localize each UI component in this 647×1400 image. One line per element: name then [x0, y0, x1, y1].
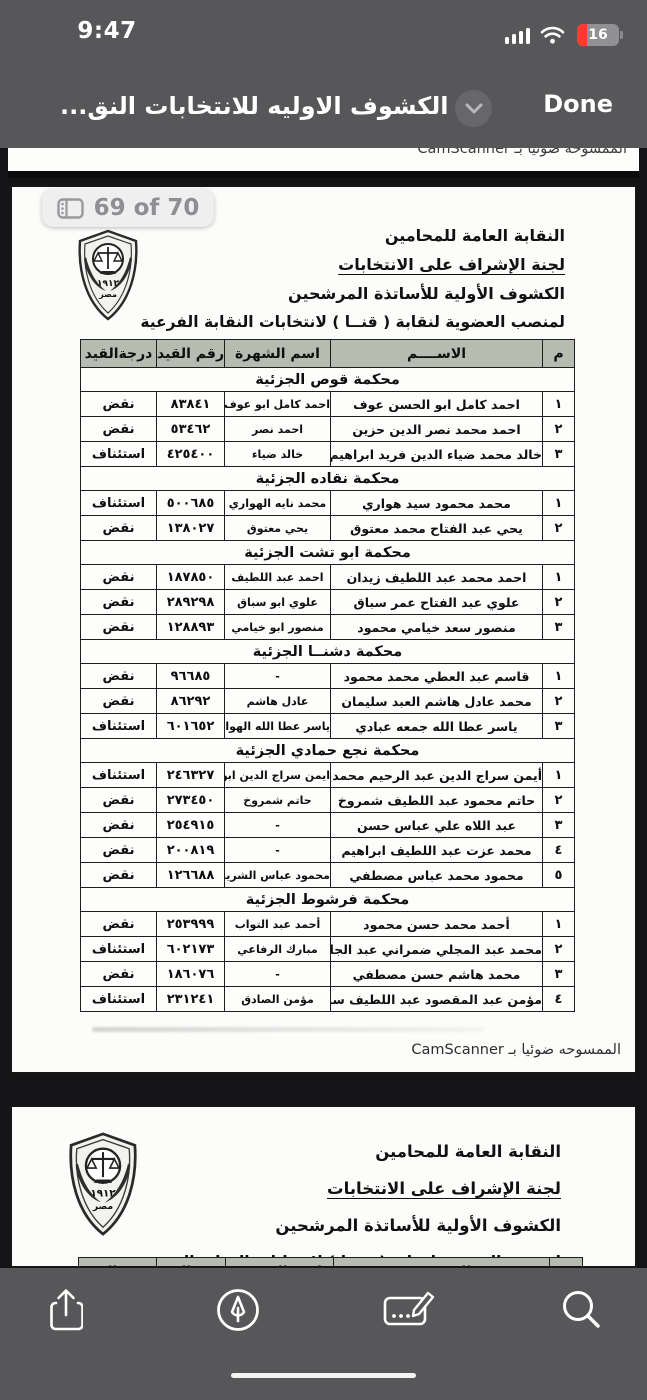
known-as: -: [225, 838, 331, 863]
registration-degree: استئناف: [81, 763, 157, 788]
registration-degree: نقض: [81, 590, 157, 615]
registration-degree: نقض: [81, 615, 157, 640]
registration-degree: نقض: [81, 788, 157, 813]
candidate-name: احمد محمد نصر الدين حزين: [331, 417, 543, 442]
cellular-signal-icon: [505, 27, 531, 44]
court-name: محكمة فرشوط الجزئية: [81, 888, 575, 912]
title-menu-button[interactable]: [455, 90, 492, 127]
registration-degree: نقض: [81, 516, 157, 541]
document-header: النقابة العامة للمحامين لجنة الإشراف على…: [140, 221, 565, 337]
known-as: -: [225, 813, 331, 838]
registration-number: ١٨٧٨٥٠: [157, 565, 225, 590]
logo-year: ١٩١٢: [90, 1188, 116, 1200]
court-name: محكمة ابو تشت الجزئية: [81, 541, 575, 565]
registration-degree: نقض: [81, 417, 157, 442]
court-name: محكمة نقاده الجزئية: [81, 467, 575, 491]
candidate-name: عبد اللاه علي عباس حسن: [331, 813, 543, 838]
committee-name: لجنة الإشراف على الانتخابات: [136, 1170, 561, 1207]
candidate-row: ١احمد محمد عبد اللطيف زيداناحمد عبد اللط…: [81, 565, 575, 590]
done-button[interactable]: Done: [543, 90, 613, 118]
candidate-name: أحمد محمد حسن محمود: [331, 912, 543, 937]
candidate-row: ٣منصور سعد خيامي محمودمنصور ابو خيامي١٢٨…: [81, 615, 575, 640]
row-number: ١: [543, 912, 575, 937]
known-as: ياسر عطا الله الهواري: [225, 714, 331, 739]
registration-number: ٨٣٨٤١: [157, 392, 225, 417]
known-as: احمد عبد اللطيف: [225, 565, 331, 590]
registration-degree: استئناف: [81, 937, 157, 962]
screen: 9:47 16 الكشوف الاوليه للانتخابات النق..…: [0, 0, 647, 1400]
candidate-row: ١احمد كامل ابو الحسن عوفاحمد كامل ابو عو…: [81, 392, 575, 417]
row-number: ٢: [543, 788, 575, 813]
search-button[interactable]: [551, 1284, 611, 1336]
candidate-name: خالد محمد ضياء الدين فريد ابراهيم: [331, 442, 543, 467]
known-as: حاتم شمروخ: [225, 788, 331, 813]
registration-number: ١٣٨٠٢٧: [157, 516, 225, 541]
known-as: مبارك الرفاعي: [225, 937, 331, 962]
candidate-row: ١محمد محمود سيد هواريمحمد نايه الهواري٥٠…: [81, 491, 575, 516]
registration-degree: نقض: [81, 392, 157, 417]
row-number: ١: [543, 565, 575, 590]
row-number: ٢: [543, 590, 575, 615]
candidate-row: ٢علوي عبد الفتاح عمر سباقعلوي ابو سباق٢٨…: [81, 590, 575, 615]
candidate-row: ٥محمود محمد عباس مصطفيمحمود عباس الشريف١…: [81, 863, 575, 888]
scan-artifact: [92, 1027, 485, 1032]
row-number: ٣: [543, 615, 575, 640]
known-as: احمد كامل ابو عوف: [225, 392, 331, 417]
candidate-row: ٣محمد هاشم حسن مصطفي-١٨٦٠٧٦نقض: [81, 962, 575, 987]
bar-association-logo: ١٩١٢ مصر: [62, 1125, 144, 1243]
registration-degree: نقض: [81, 863, 157, 888]
logo-year: ١٩١٢: [97, 279, 119, 289]
row-number: ٢: [543, 516, 575, 541]
column-header: درجةالقيد: [81, 340, 157, 368]
table-header-row: مالاســــماسم الشهرةرقم القيددرجةالقيد: [81, 340, 575, 368]
court-section-row: محكمة قوص الجزئية: [81, 368, 575, 392]
court-section-row: محكمة دشنــا الجزئية: [81, 640, 575, 664]
row-number: ٤: [543, 987, 575, 1012]
candidate-name: احمد محمد عبد اللطيف زيدان: [331, 565, 543, 590]
document-header: النقابة العامة للمحامين لجنة الإشراف على…: [136, 1133, 561, 1268]
registration-degree: نقض: [81, 813, 157, 838]
page-indicator-badge[interactable]: 69 of 70: [42, 189, 214, 227]
known-as: منصور ابو خيامي: [225, 615, 331, 640]
registration-number: ٢٥٤٩١٥: [157, 813, 225, 838]
registration-number: ٤٢٥٤٠٠: [157, 442, 225, 467]
pdf-page-70: ١٩١٢ مصر النقابة العامة للمحامين لجنة ال…: [10, 1105, 637, 1268]
candidate-name: محمود محمد عباس مصطفي: [331, 863, 543, 888]
registration-number: ١٨٦٠٧٦: [157, 962, 225, 987]
row-number: ١: [543, 392, 575, 417]
candidate-row: ٤مؤمن عبد المقصود عبد اللطيف سيدمؤمن الص…: [81, 987, 575, 1012]
previous-page-bottom: الممسوحه ضوئيا بـ CamScanner: [8, 148, 639, 178]
column-header: الاســــم: [331, 340, 543, 368]
candidate-row: ٣خالد محمد ضياء الدين فريد ابراهيمخالد ض…: [81, 442, 575, 467]
status-bar: 9:47 16: [0, 0, 647, 70]
row-number: ٢: [543, 689, 575, 714]
logo-country: مصر: [92, 1202, 113, 1212]
registration-number: ١٢٦٦٨٨: [157, 863, 225, 888]
registration-degree: استئناف: [81, 714, 157, 739]
battery-percent: 16: [577, 24, 619, 46]
row-number: ١: [543, 491, 575, 516]
pdf-page-69: ١٩١٢ مصر النقابة العامة للمحامين لجنة ال…: [10, 185, 637, 1078]
org-name: النقابة العامة للمحامين: [136, 1133, 561, 1170]
candidate-row: ١قاسم عبد العطي محمد محمود-٩٦٦٨٥نقض: [81, 664, 575, 689]
known-as: عادل هاشم: [225, 689, 331, 714]
registration-number: ٨٦٢٩٢: [157, 689, 225, 714]
row-number: ١: [543, 664, 575, 689]
known-as: مؤمن الصادق: [225, 987, 331, 1012]
court-section-row: محكمة نجع حمادي الجزئية: [81, 739, 575, 763]
registration-degree: نقض: [81, 565, 157, 590]
clock: 9:47: [62, 18, 152, 44]
registration-degree: استئناف: [81, 987, 157, 1012]
column-header: رقم القيد: [156, 1258, 225, 1269]
known-as: محمود عباس الشريف: [225, 863, 331, 888]
candidate-name: ياسر عطا الله جمعه عبادي: [331, 714, 543, 739]
candidate-name: مؤمن عبد المقصود عبد اللطيف سيد: [331, 987, 543, 1012]
row-number: ٢: [543, 417, 575, 442]
registration-number: ٦٠١٦٥٢: [157, 714, 225, 739]
known-as: أحمد عبد التواب: [225, 912, 331, 937]
chevron-down-icon: [465, 103, 483, 114]
registration-number: ٢٣١٢٤١: [157, 987, 225, 1012]
row-number: ٥: [543, 863, 575, 888]
bar-association-logo: ١٩١٢ مصر: [72, 229, 144, 321]
candidate-name: محمد هاشم حسن مصطفي: [331, 962, 543, 987]
registration-number: ٢٧٣٤٥٠: [157, 788, 225, 813]
row-number: ٣: [543, 442, 575, 467]
registration-number: ٢٤٦٣٢٧: [157, 763, 225, 788]
candidates-table-clipped: مالاســــماسم الشهرةرقم القيددرجةالقيد: [78, 1257, 583, 1268]
markup-button[interactable]: [208, 1284, 268, 1336]
row-number: ٤: [543, 838, 575, 863]
candidates-table: مالاســــماسم الشهرةرقم القيددرجةالقيد م…: [80, 339, 575, 1012]
row-number: ٣: [543, 714, 575, 739]
known-as: احمد نصر: [225, 417, 331, 442]
column-header: درجةالقيد: [79, 1258, 157, 1269]
page-indicator-label: 69 of 70: [94, 195, 200, 221]
candidate-row: ٣ياسر عطا الله جمعه عباديياسر عطا الله ا…: [81, 714, 575, 739]
candidate-name: محمد عزت عبد اللطيف ابراهيم: [331, 838, 543, 863]
candidate-name: حاتم محمود عبد اللطيف شمروخ: [331, 788, 543, 813]
court-name: محكمة دشنــا الجزئية: [81, 640, 575, 664]
document-title: الكشوف الاوليه للانتخابات النق...: [60, 92, 450, 120]
search-icon: [560, 1288, 602, 1332]
registration-number: ٥٣٤٦٢: [157, 417, 225, 442]
candidate-name: محمد عادل هاشم العبد سليمان: [331, 689, 543, 714]
share-button[interactable]: [36, 1284, 96, 1336]
logo-country: مصر: [98, 290, 117, 299]
registration-number: ٢٥٣٩٩٩: [157, 912, 225, 937]
candidate-name: قاسم عبد العطي محمد محمود: [331, 664, 543, 689]
court-name: محكمة نجع حمادي الجزئية: [81, 739, 575, 763]
row-number: ٣: [543, 962, 575, 987]
list-subtitle: لمنصب العضوية لنقابة ( قنــا ) لانتخابات…: [140, 308, 565, 337]
registration-number: ٥٠٠٦٨٥: [157, 491, 225, 516]
battery-icon: 16: [577, 24, 619, 46]
list-title: الكشوف الأولية للأساتذة المرشحين: [140, 279, 565, 308]
list-title: الكشوف الأولية للأساتذة المرشحين: [136, 1207, 561, 1244]
candidate-row: ٣عبد اللاه علي عباس حسن-٢٥٤٩١٥نقض: [81, 813, 575, 838]
share-icon: [49, 1288, 83, 1332]
form-fill-icon: [383, 1288, 435, 1332]
wifi-icon: [540, 26, 565, 45]
candidate-row: ٢محمد عبد المجلي ضمراني عبد الجليلمبارك …: [81, 937, 575, 962]
candidate-row: ١أحمد محمد حسن محمودأحمد عبد التواب٢٥٣٩٩…: [81, 912, 575, 937]
column-header: م: [543, 340, 575, 368]
known-as: علوي ابو سباق: [225, 590, 331, 615]
candidate-name: أيمن سراج الدين عبد الرحيم محمدين: [331, 763, 543, 788]
fill-sign-button[interactable]: [379, 1284, 439, 1336]
registration-number: ٢٨٩٢٩٨: [157, 590, 225, 615]
court-section-row: محكمة فرشوط الجزئية: [81, 888, 575, 912]
registration-degree: استئناف: [81, 491, 157, 516]
camscanner-watermark: الممسوحه ضوئيا بـ CamScanner: [411, 1042, 621, 1058]
candidate-row: ١أيمن سراج الدين عبد الرحيم محمدينايمن س…: [81, 763, 575, 788]
column-header: اسم الشهرة: [225, 340, 331, 368]
document-viewer[interactable]: الممسوحه ضوئيا بـ CamScanner ١٩١٢ مصر ال…: [0, 148, 647, 1268]
candidate-name: يحي عبد الفتاح محمد معتوق: [331, 516, 543, 541]
registration-number: ٦٠٢١٧٣: [157, 937, 225, 962]
candidate-row: ٢محمد عادل هاشم العبد سليمانعادل هاشم٨٦٢…: [81, 689, 575, 714]
column-header: الاســــم: [334, 1258, 550, 1269]
column-header: اسم الشهرة: [225, 1258, 333, 1269]
candidate-name: محمد محمود سيد هواري: [331, 491, 543, 516]
registration-number: ٢٠٠٨١٩: [157, 838, 225, 863]
committee-name: لجنة الإشراف على الانتخابات: [140, 250, 565, 279]
court-section-row: محكمة نقاده الجزئية: [81, 467, 575, 491]
row-number: ٣: [543, 813, 575, 838]
candidate-row: ٤محمد عزت عبد اللطيف ابراهيم-٢٠٠٨١٩نقض: [81, 838, 575, 863]
candidate-row: ٢احمد محمد نصر الدين حزيناحمد نصر٥٣٤٦٢نق…: [81, 417, 575, 442]
registration-degree: استئناف: [81, 442, 157, 467]
candidate-name: علوي عبد الفتاح عمر سباق: [331, 590, 543, 615]
registration-degree: نقض: [81, 838, 157, 863]
home-indicator[interactable]: [231, 1373, 416, 1378]
candidate-name: محمد عبد المجلي ضمراني عبد الجليل: [331, 937, 543, 962]
registration-degree: نقض: [81, 664, 157, 689]
registration-degree: نقض: [81, 962, 157, 987]
candidate-name: منصور سعد خيامي محمود: [331, 615, 543, 640]
court-name: محكمة قوص الجزئية: [81, 368, 575, 392]
known-as: خالد ضياء: [225, 442, 331, 467]
camscanner-watermark: الممسوحه ضوئيا بـ CamScanner: [417, 148, 627, 157]
court-section-row: محكمة ابو تشت الجزئية: [81, 541, 575, 565]
nav-bar: الكشوف الاوليه للانتخابات النق... Done: [0, 70, 647, 148]
registration-degree: نقض: [81, 912, 157, 937]
row-number: ١: [543, 763, 575, 788]
bottom-toolbar: [0, 1268, 647, 1400]
registration-degree: نقض: [81, 689, 157, 714]
markup-pen-icon: [216, 1288, 260, 1332]
candidate-row: ٢حاتم محمود عبد اللطيف شمروخحاتم شمروخ٢٧…: [81, 788, 575, 813]
candidate-row: ٢يحي عبد الفتاح محمد معتوقيحي معتوق١٣٨٠٢…: [81, 516, 575, 541]
registration-number: ٩٦٦٨٥: [157, 664, 225, 689]
known-as: محمد نايه الهواري: [225, 491, 331, 516]
column-header: رقم القيد: [157, 340, 225, 368]
thumbnails-icon: [57, 198, 84, 219]
registration-number: ١٢٨٨٩٣: [157, 615, 225, 640]
known-as: يحي معتوق: [225, 516, 331, 541]
known-as: ايمن سراج الدين ابو نزاع: [225, 763, 331, 788]
column-header: م: [550, 1258, 583, 1269]
known-as: -: [225, 664, 331, 689]
candidate-name: احمد كامل ابو الحسن عوف: [331, 392, 543, 417]
row-number: ٢: [543, 937, 575, 962]
known-as: -: [225, 962, 331, 987]
